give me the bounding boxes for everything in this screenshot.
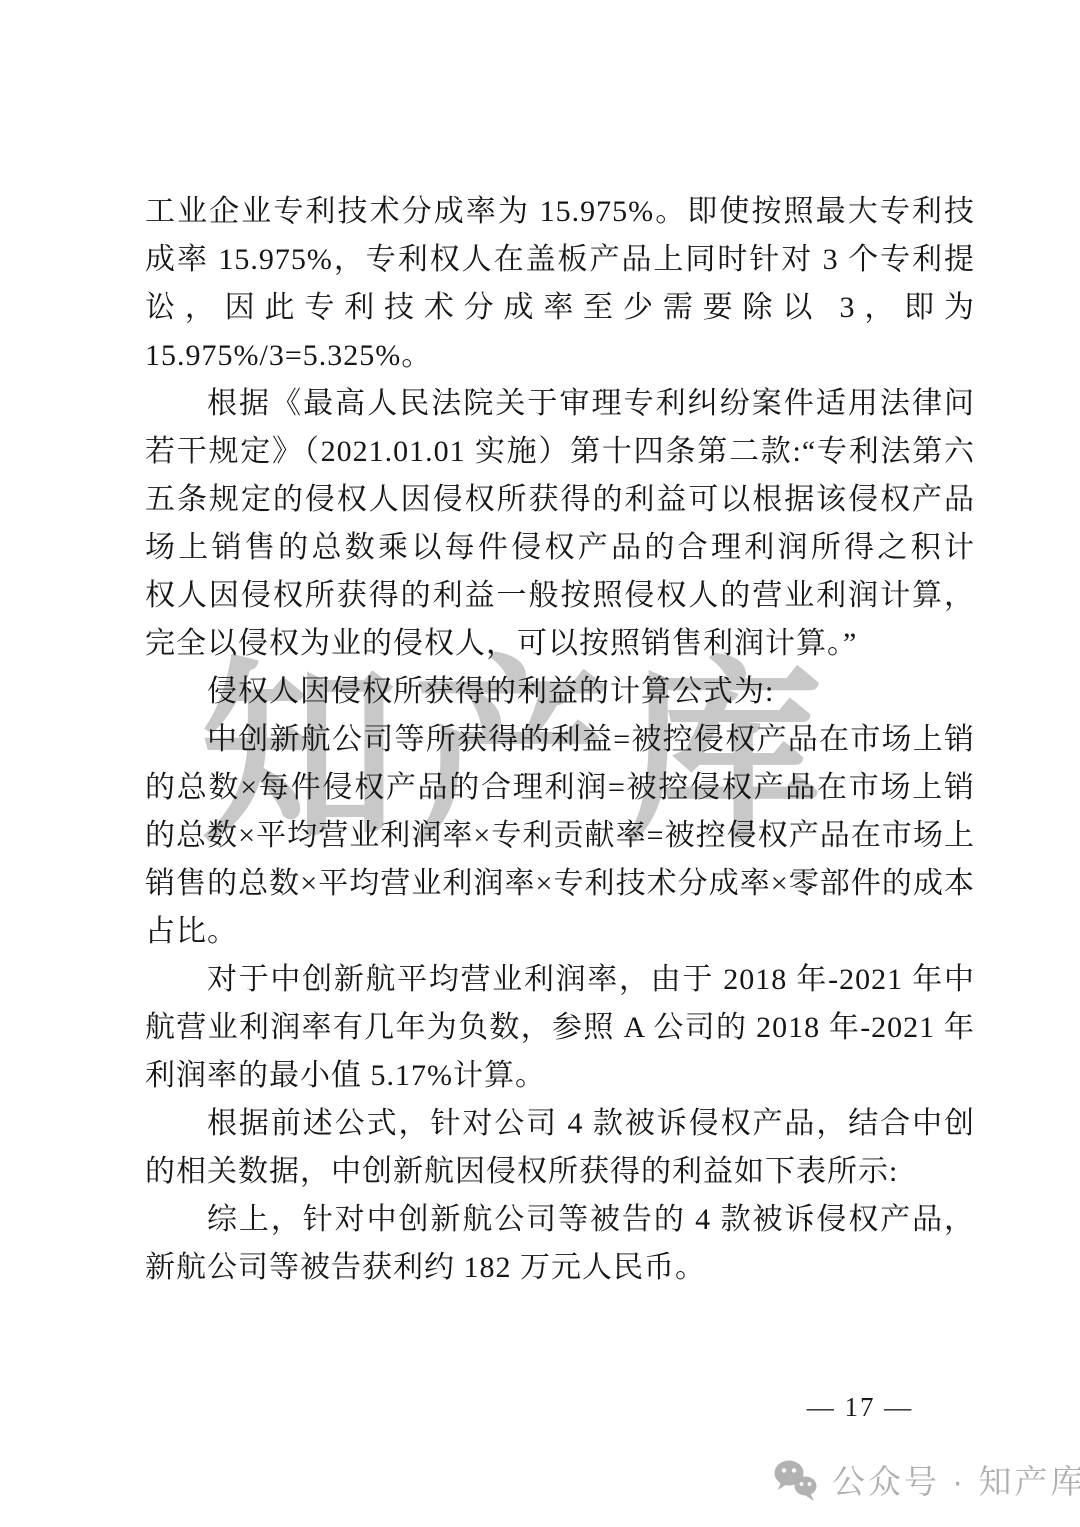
paragraph: 综上，针对中创新航公司等被告的 4 款被诉侵权产品，中创 新航公司等被告获利约 … — [145, 1196, 975, 1292]
text-line: 销售的总数×平均营业利润率×专利技术分成率×零部件的成本 — [145, 860, 975, 908]
text-line: 航营业利润率有几年为负数，参照 A 公司的 2018 年-2021 年的毛 — [145, 1004, 975, 1052]
text-line: 的总数×平均营业利润率×专利贡献率=被控侵权产品在市场上 — [145, 812, 975, 860]
footer-label: 公众号 · 知产库 — [832, 1456, 1080, 1503]
paragraph: 根据《最高人民法院关于审理专利纠纷案件适用法律问题的 若干规定》（2021.01… — [145, 380, 975, 668]
text-line: 根据《最高人民法院关于审理专利纠纷案件适用法律问题的 — [145, 380, 975, 428]
text-line: 综上，针对中创新航公司等被告的 4 款被诉侵权产品，中创 — [145, 1196, 975, 1244]
text-line: 的相关数据，中创新航因侵权所获得的利益如下表所示: — [145, 1148, 975, 1196]
text-line: 工业企业专利技术分成率为 15.975%。即使按照最大专利技术分 — [145, 188, 975, 236]
text-line: 的总数×每件侵权产品的合理利润=被控侵权产品在市场上销售 — [145, 764, 975, 812]
text-line: 中创新航公司等所获得的利益=被控侵权产品在市场上销售 — [145, 716, 975, 764]
text-line: 侵权人因侵权所获得的利益的计算公式为: — [145, 668, 975, 716]
text-line: 成率 15.975%，专利权人在盖板产品上同时针对 3 个专利提起诉 — [145, 236, 975, 284]
text-line: 若干规定》（2021.01.01 实施）第十四条第二款:“专利法第六十 — [145, 428, 975, 476]
paragraph: 对于中创新航平均营业利润率，由于 2018 年-2021 年中创新 航营业利润率… — [145, 956, 975, 1100]
wechat-official-account-badge: 公众号 · 知产库 — [772, 1456, 1080, 1503]
text-line: 场上销售的总数乘以每件侵权产品的合理利润所得之积计算。侵 — [145, 524, 975, 572]
text-line: 新航公司等被告获利约 182 万元人民币。 — [145, 1244, 975, 1292]
text-line: 根据前述公式，针对公司 4 款被诉侵权产品，结合中创新航 — [145, 1100, 975, 1148]
text-line: 权人因侵权所获得的利益一般按照侵权人的营业利润计算，对于 — [145, 572, 975, 620]
document-page: 知产库 工业企业专利技术分成率为 15.975%。即使按照最大专利技术分 成率 … — [0, 0, 1080, 1527]
paragraph: 侵权人因侵权所获得的利益的计算公式为: — [145, 668, 975, 716]
text-line: 对于中创新航平均营业利润率，由于 2018 年-2021 年中创新 — [145, 956, 975, 1004]
text-line: 五条规定的侵权人因侵权所获得的利益可以根据该侵权产品在市 — [145, 476, 975, 524]
document-body: 工业企业专利技术分成率为 15.975%。即使按照最大专利技术分 成率 15.9… — [145, 188, 975, 1292]
wechat-icon — [772, 1458, 820, 1502]
paragraph: 工业企业专利技术分成率为 15.975%。即使按照最大专利技术分 成率 15.9… — [145, 188, 975, 380]
text-line: 利润率的最小值 5.17%计算。 — [145, 1052, 975, 1100]
text-line: 完全以侵权为业的侵权人，可以按照销售利润计算。” — [145, 620, 975, 668]
text-line: 讼，因此专利技术分成率至少需要除以 3，即为 — [145, 284, 975, 332]
text-line: 15.975%/3=5.325%。 — [145, 332, 975, 380]
paragraph: 根据前述公式，针对公司 4 款被诉侵权产品，结合中创新航 的相关数据，中创新航因… — [145, 1100, 975, 1196]
text-line: 占比。 — [145, 908, 975, 956]
page-number: — 17 — — [795, 1392, 925, 1423]
paragraph: 中创新航公司等所获得的利益=被控侵权产品在市场上销售 的总数×每件侵权产品的合理… — [145, 716, 975, 956]
